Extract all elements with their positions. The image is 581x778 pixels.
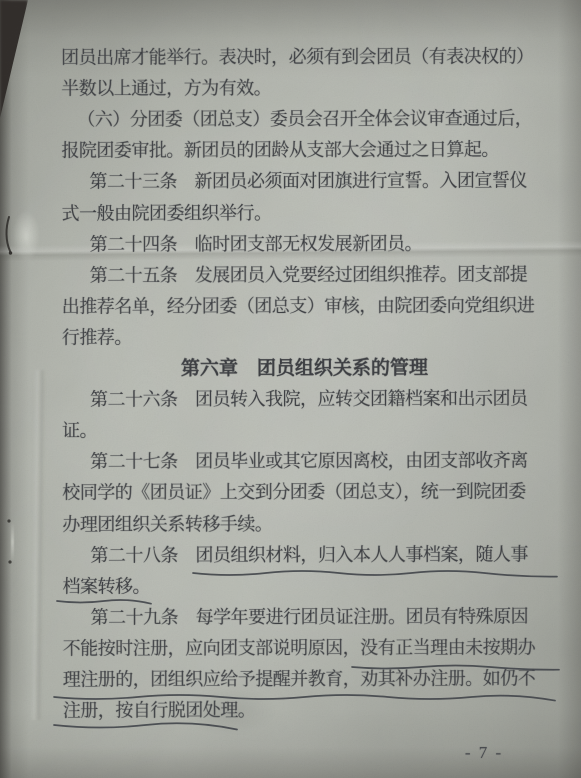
text-line: 档案转移。: [62, 570, 562, 602]
text-line: 注册，按自行脱团处理。: [63, 694, 563, 726]
document-text: 团员出席才能举行。表决时，必须有到会团员（有表决权的）半数以上通过，方为有效。（…: [0, 0, 581, 778]
text-line: 出推荐名单，经分团委（团总支）审核，由院团委向党组织进: [62, 290, 562, 322]
text-line: 半数以上通过，方为有效。: [61, 72, 561, 104]
text-line: 报院团委审批。新团员的团龄从支部大会通过之日算起。: [61, 134, 561, 166]
text-line: 第二十六条 团员转入我院，应转交团籍档案和出示团员: [62, 383, 581, 415]
text-line: 第二十七条 团员毕业或其它原因离校，由团支部收齐离: [62, 445, 581, 477]
document-photo: 团员出席才能举行。表决时，必须有到会团员（有表决权的）半数以上通过，方为有效。（…: [0, 0, 581, 778]
text-line: 第二十四条 临时团支部无权发展新团员。: [62, 228, 581, 260]
chapter-heading: 第六章 团员组织关系的管理: [0, 352, 581, 385]
text-line: 第二十九条 每学年要进行团员证注册。团员有特殊原因: [63, 601, 581, 633]
text-line: 行推荐。: [62, 321, 562, 353]
text-line: 理注册的，团组织应给予提醒并教育，劝其补办注册。如仍不: [63, 663, 563, 695]
text-line: 证。: [62, 414, 562, 446]
text-line: （六）分团委（团总支）委员会召开全体会议审查通过后，: [61, 103, 577, 135]
text-line: 第二十八条 团员组织材料，归入本人人事档案，随人事: [62, 539, 581, 571]
text-line: 校同学的《团员证》上交到分团委（团总支），统一到院团委: [62, 476, 562, 508]
text-line: 团员出席才能举行。表决时，必须有到会团员（有表决权的）: [61, 41, 561, 73]
text-line: 第二十五条 发展团员入党要经过团组织推荐。团支部提: [62, 259, 581, 291]
text-line: 办理团组织关系转移手续。: [62, 508, 562, 540]
page-number: - 7 -: [446, 742, 522, 764]
text-line: 式一般由院团委组织举行。: [62, 197, 562, 229]
text-line: 不能按时注册，应向团支部说明原因，没有正当理由未按期办: [63, 632, 563, 664]
text-line: 第二十三条 新团员必须面对团旗进行宣誓。入团宣誓仪: [61, 165, 581, 197]
